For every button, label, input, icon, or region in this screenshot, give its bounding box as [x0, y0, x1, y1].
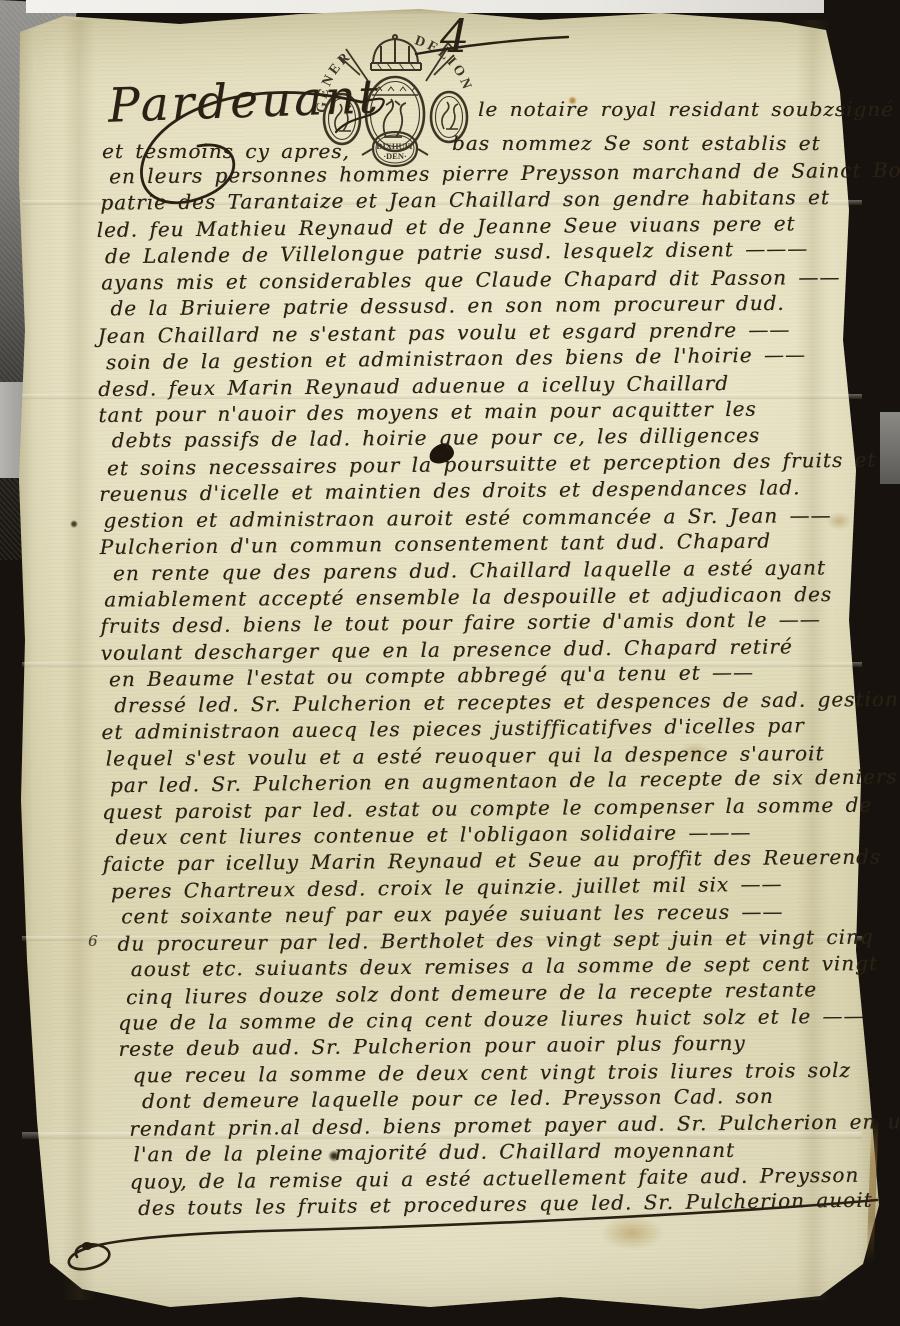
margin-numeral: 6 [88, 932, 99, 950]
manuscript-line: gestion et administraon auroit esté comm… [103, 501, 879, 533]
closing-paraph-icon [34, 1174, 880, 1294]
archival-photo: 4 Pardeuant le notaire royal residant so… [0, 0, 900, 1326]
cartouche-line2: ·DEN· [383, 151, 407, 161]
stamp-arc-right-text: DELION [413, 33, 475, 94]
svg-text:GENER: GENER [315, 48, 355, 113]
svg-text:DELION: DELION [413, 33, 475, 94]
header-line2-left: et tesmoins cy apres, [102, 139, 350, 163]
header-line1-right: le notaire royal residant soubzsigné [478, 97, 894, 121]
paraph-ink-blob [82, 1242, 92, 1250]
lion-icon [442, 102, 458, 129]
stamp-arc-left-text: GENER [315, 48, 355, 113]
header-line2-right: bas nommez Se sont establis et [452, 131, 821, 155]
lion-medallion-right [431, 92, 467, 142]
manuscript-lines: en leurs personnes hommes pierre Preysso… [96, 157, 882, 1222]
cartouche-line1: DIXHUIT [376, 141, 414, 151]
crown-icon [371, 35, 421, 70]
generalite-tax-stamp: GENER DELION DIXHUIT ·DEN· [314, 33, 477, 169]
manuscript-text-layer: 4 Pardeuant le notaire royal residant so… [0, 0, 900, 1326]
lion-icon [335, 104, 351, 131]
